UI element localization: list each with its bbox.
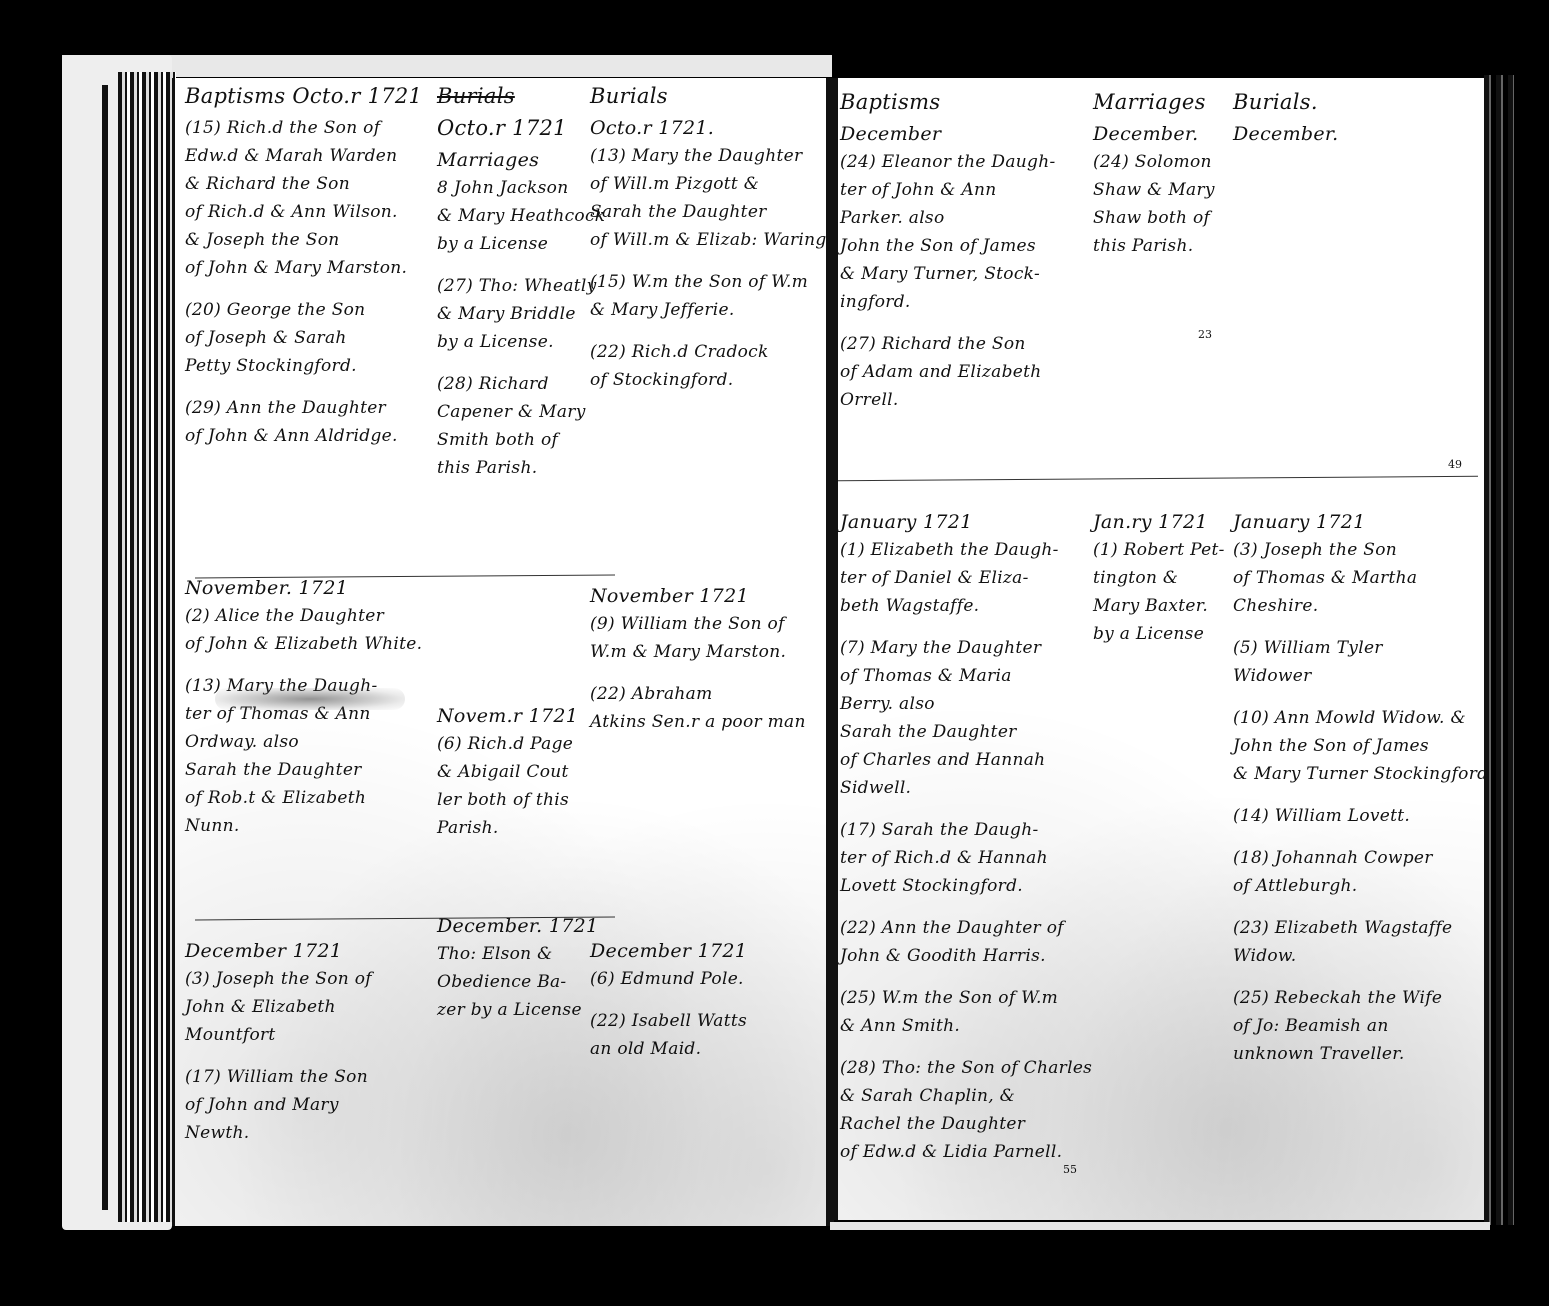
entry-line: Shaw & Mary bbox=[1093, 176, 1243, 204]
entry-line: of John & Ann Aldridge. bbox=[185, 422, 435, 450]
month-heading: December bbox=[840, 120, 1100, 148]
entry-line: (28) Tho: the Son of Charles bbox=[840, 1054, 1092, 1082]
column-heading: Marriages bbox=[1093, 88, 1243, 116]
register-entry: (7) Mary the Daughterof Thomas & MariaBe… bbox=[840, 634, 1092, 802]
left-page: Baptisms Octo.r 1721(15) Rich.d the Son … bbox=[172, 78, 831, 1226]
entry-line: (27) Tho: Wheatly bbox=[437, 272, 607, 300]
book-bottom-edge bbox=[830, 1222, 1490, 1230]
register-entry: Tho: Elson &Obedience Ba-zer by a Licens… bbox=[437, 940, 598, 1024]
entry-line: Sarah the Daughter bbox=[185, 756, 422, 784]
entry-line: ingford. bbox=[840, 288, 1100, 316]
register-section: December 1721(3) Joseph the Son ofJohn &… bbox=[185, 937, 372, 1161]
right-baptisms-column: BaptismsDecember(24) Eleanor the Daugh-t… bbox=[840, 88, 1100, 428]
column-subheading: Octo.r 1721. bbox=[590, 114, 830, 142]
entry-line: (28) Richard bbox=[437, 370, 607, 398]
entry-line: & Abigail Cout bbox=[437, 758, 578, 786]
entry-line: Cheshire. bbox=[1233, 592, 1488, 620]
register-section: November. 1721(2) Alice the Daughterof J… bbox=[185, 574, 422, 854]
entry-line: Widower bbox=[1233, 662, 1488, 690]
entry-line: this Parish. bbox=[1093, 232, 1243, 260]
entry-line: ter of Daniel & Eliza- bbox=[840, 564, 1092, 592]
entry-line: Smith both of bbox=[437, 426, 607, 454]
entry-line: & Mary Turner, Stock- bbox=[840, 260, 1100, 288]
entry-line: (9) William the Son of bbox=[590, 610, 806, 638]
entry-line: (5) William Tyler bbox=[1233, 634, 1488, 662]
left-burials-column: BurialsOcto.r 1721.(13) Mary the Daughte… bbox=[590, 82, 830, 408]
entry-line: (24) Solomon bbox=[1093, 148, 1243, 176]
right-burials-column: Burials.December.January 1721(3) Joseph … bbox=[1233, 88, 1488, 148]
entry-line: Rachel the Daughter bbox=[840, 1110, 1092, 1138]
register-entry: (28) Tho: the Son of Charles& Sarah Chap… bbox=[840, 1054, 1092, 1166]
entry-line: (22) Abraham bbox=[590, 680, 806, 708]
entry-line: (25) Rebeckah the Wife bbox=[1233, 984, 1488, 1012]
entry-line: (17) William the Son bbox=[185, 1063, 372, 1091]
entry-line: of Attleburgh. bbox=[1233, 872, 1488, 900]
right-page: BaptismsDecember(24) Eleanor the Daugh-t… bbox=[832, 78, 1491, 1220]
entry-line: unknown Traveller. bbox=[1233, 1040, 1488, 1068]
entry-line: of Charles and Hannah bbox=[840, 746, 1092, 774]
entry-line: (6) Rich.d Page bbox=[437, 730, 578, 758]
entry-line: (2) Alice the Daughter bbox=[185, 602, 422, 630]
entry-line: Widow. bbox=[1233, 942, 1488, 970]
entry-line: Parish. bbox=[437, 814, 578, 842]
entry-line: ter of John & Ann bbox=[840, 176, 1100, 204]
entry-line: John & Goodith Harris. bbox=[840, 942, 1092, 970]
entry-line: (23) Elizabeth Wagstaffe bbox=[1233, 914, 1488, 942]
register-entry: (13) Mary the Daughterof Will.m Pizgott … bbox=[590, 142, 830, 254]
register-section: December. bbox=[1233, 120, 1488, 148]
entry-line: of Will.m Pizgott & bbox=[590, 170, 830, 198]
entry-line: of Stockingford. bbox=[590, 366, 830, 394]
register-entry: (20) George the Sonof Joseph & SarahPett… bbox=[185, 296, 435, 380]
entry-line: of John & Elizabeth White. bbox=[185, 630, 422, 658]
entry-line: (25) W.m the Son of W.m bbox=[840, 984, 1092, 1012]
register-section: Novem.r 1721(6) Rich.d Page& Abigail Cou… bbox=[437, 702, 578, 856]
register-entry: (22) Rich.d Cradockof Stockingford. bbox=[590, 338, 830, 394]
page-number: 23 bbox=[1198, 328, 1212, 341]
page-edges-left bbox=[118, 72, 176, 1222]
month-heading: December. bbox=[1093, 120, 1243, 148]
entry-line: of Joseph & Sarah bbox=[185, 324, 435, 352]
entry-line: of Edw.d & Lidia Parnell. bbox=[840, 1138, 1092, 1166]
register-section: Jan.ry 1721(1) Robert Pet-tington &Mary … bbox=[1093, 508, 1225, 662]
entry-line: Shaw both of bbox=[1093, 204, 1243, 232]
entry-line: by a License bbox=[437, 230, 607, 258]
register-entry: (15) Rich.d the Son ofEdw.d & Marah Ward… bbox=[185, 114, 435, 282]
register-section: November 1721(9) William the Son ofW.m &… bbox=[590, 582, 806, 750]
register-section: January 1721(1) Elizabeth the Daugh-ter … bbox=[840, 508, 1092, 1180]
register-entry: (27) Tho: Wheatly& Mary Briddleby a Lice… bbox=[437, 272, 607, 356]
entry-line: (17) Sarah the Daugh- bbox=[840, 816, 1092, 844]
register-section: December. 1721Tho: Elson &Obedience Ba-z… bbox=[437, 912, 598, 1038]
entry-line: Sarah the Daughter bbox=[840, 718, 1092, 746]
entry-line: Orrell. bbox=[840, 386, 1100, 414]
register-entry: (22) AbrahamAtkins Sen.r a poor man bbox=[590, 680, 806, 736]
entry-line: (22) Ann the Daughter of bbox=[840, 914, 1092, 942]
register-section: (13) Mary the Daughterof Will.m Pizgott … bbox=[590, 142, 830, 394]
entry-line: W.m & Mary Marston. bbox=[590, 638, 806, 666]
entry-line: (22) Isabell Watts bbox=[590, 1007, 747, 1035]
column-heading: Burials bbox=[590, 82, 830, 110]
entry-line: of Adam and Elizabeth bbox=[840, 358, 1100, 386]
month-heading: January 1721 bbox=[1233, 508, 1488, 536]
entry-line: ter of Rich.d & Hannah bbox=[840, 844, 1092, 872]
entry-line: (15) W.m the Son of W.m bbox=[590, 268, 830, 296]
entry-line: (14) William Lovett. bbox=[1233, 802, 1488, 830]
register-entry: (3) Joseph the Sonof Thomas & MarthaChes… bbox=[1233, 536, 1488, 620]
entry-line: of John and Mary bbox=[185, 1091, 372, 1119]
struck-heading: Burials bbox=[437, 82, 607, 110]
register-entry: (24) Eleanor the Daugh-ter of John & Ann… bbox=[840, 148, 1100, 316]
entry-line: Capener & Mary bbox=[437, 398, 607, 426]
entry-line: John the Son of James bbox=[840, 232, 1100, 260]
entry-line: Mary Baxter. bbox=[1093, 592, 1225, 620]
entry-line: an old Maid. bbox=[590, 1035, 747, 1063]
entry-line: & Sarah Chaplin, & bbox=[840, 1082, 1092, 1110]
entry-line: Lovett Stockingford. bbox=[840, 872, 1092, 900]
register-entry: (6) Edmund Pole. bbox=[590, 965, 747, 993]
entry-line: Newth. bbox=[185, 1119, 372, 1147]
month-heading: November 1721 bbox=[590, 582, 806, 610]
entry-line: Atkins Sen.r a poor man bbox=[590, 708, 806, 736]
register-entry: (22) Ann the Daughter ofJohn & Goodith H… bbox=[840, 914, 1092, 970]
entry-line: John & Elizabeth bbox=[185, 993, 372, 1021]
entry-line: Petty Stockingford. bbox=[185, 352, 435, 380]
entry-line: by a License bbox=[1093, 620, 1225, 648]
entry-line: of Rich.d & Ann Wilson. bbox=[185, 198, 435, 226]
entry-line: Sarah the Daughter bbox=[590, 198, 830, 226]
register-entry: (9) William the Son ofW.m & Mary Marston… bbox=[590, 610, 806, 666]
entry-line: (27) Richard the Son bbox=[840, 330, 1100, 358]
column-heading: Baptisms bbox=[840, 88, 1100, 116]
register-entry: (28) RichardCapener & MarySmith both oft… bbox=[437, 370, 607, 482]
register-entry: (23) Elizabeth WagstaffeWidow. bbox=[1233, 914, 1488, 970]
entry-line: of Will.m & Elizab: Waring bbox=[590, 226, 830, 254]
register-entry: (18) Johannah Cowperof Attleburgh. bbox=[1233, 844, 1488, 900]
entry-line: (13) Mary the Daughter bbox=[590, 142, 830, 170]
entry-line: of John & Mary Marston. bbox=[185, 254, 435, 282]
left-baptisms-column: Baptisms Octo.r 1721(15) Rich.d the Son … bbox=[185, 82, 435, 464]
entry-line: Berry. also bbox=[840, 690, 1092, 718]
entry-line: (3) Joseph the Son bbox=[1233, 536, 1488, 564]
entry-line: tington & bbox=[1093, 564, 1225, 592]
entry-line: John the Son of James bbox=[1233, 732, 1488, 760]
register-entry: (24) SolomonShaw & MaryShaw both ofthis … bbox=[1093, 148, 1243, 260]
register-entry: (14) William Lovett. bbox=[1233, 802, 1488, 830]
column-subheading: Marriages bbox=[437, 146, 607, 174]
page-number: 55 bbox=[1063, 1163, 1077, 1176]
entry-line: (18) Johannah Cowper bbox=[1233, 844, 1488, 872]
register-entry: (27) Richard the Sonof Adam and Elizabet… bbox=[840, 330, 1100, 414]
entry-line: & Ann Smith. bbox=[840, 1012, 1092, 1040]
entry-line: this Parish. bbox=[437, 454, 607, 482]
register-entry: (22) Isabell Wattsan old Maid. bbox=[590, 1007, 747, 1063]
entry-line: Ordway. also bbox=[185, 728, 422, 756]
register-entry: (25) W.m the Son of W.m& Ann Smith. bbox=[840, 984, 1092, 1040]
entry-line: (7) Mary the Daughter bbox=[840, 634, 1092, 662]
entry-line: & Mary Heathcock bbox=[437, 202, 607, 230]
register-section: 8 John Jackson& Mary Heathcockby a Licen… bbox=[437, 174, 607, 482]
month-heading: Jan.ry 1721 bbox=[1093, 508, 1225, 536]
entry-line: of Thomas & Martha bbox=[1233, 564, 1488, 592]
entry-line: Nunn. bbox=[185, 812, 422, 840]
register-section: (15) Rich.d the Son ofEdw.d & Marah Ward… bbox=[185, 114, 435, 450]
column-heading: Burials. bbox=[1233, 88, 1488, 116]
register-entry: (15) W.m the Son of W.m& Mary Jefferie. bbox=[590, 268, 830, 324]
column-heading: Octo.r 1721 bbox=[437, 114, 607, 142]
entry-line: (22) Rich.d Cradock bbox=[590, 338, 830, 366]
register-entry: (25) Rebeckah the Wifeof Jo: Beamish anu… bbox=[1233, 984, 1488, 1068]
month-heading: January 1721 bbox=[840, 508, 1092, 536]
entry-line: (24) Eleanor the Daugh- bbox=[840, 148, 1100, 176]
entry-line: by a License. bbox=[437, 328, 607, 356]
entry-line: (10) Ann Mowld Widow. & bbox=[1233, 704, 1488, 732]
entry-line: Mountfort bbox=[185, 1021, 372, 1049]
entry-line: of Jo: Beamish an bbox=[1233, 1012, 1488, 1040]
page-edges-right bbox=[1484, 75, 1514, 1225]
entry-line: & Joseph the Son bbox=[185, 226, 435, 254]
register-entry: (17) Sarah the Daugh-ter of Rich.d & Han… bbox=[840, 816, 1092, 900]
entry-line: (3) Joseph the Son of bbox=[185, 965, 372, 993]
month-heading: Novem.r 1721 bbox=[437, 702, 578, 730]
entry-line: (1) Robert Pet- bbox=[1093, 536, 1225, 564]
register-section: December.(24) SolomonShaw & MaryShaw bot… bbox=[1093, 120, 1243, 260]
entry-line: & Richard the Son bbox=[185, 170, 435, 198]
entry-line: & Mary Turner Stockingford bbox=[1233, 760, 1488, 788]
entry-line: Edw.d & Marah Warden bbox=[185, 142, 435, 170]
entry-line: Obedience Ba- bbox=[437, 968, 598, 996]
register-entry: (3) Joseph the Son ofJohn & ElizabethMou… bbox=[185, 965, 372, 1049]
register-entry: (2) Alice the Daughterof John & Elizabet… bbox=[185, 602, 422, 658]
month-heading: December. bbox=[1233, 120, 1488, 148]
month-heading: December 1721 bbox=[590, 937, 747, 965]
entry-line: (1) Elizabeth the Daugh- bbox=[840, 536, 1092, 564]
entry-line: (15) Rich.d the Son of bbox=[185, 114, 435, 142]
register-entry: (10) Ann Mowld Widow. &John the Son of J… bbox=[1233, 704, 1488, 788]
left-marriages-column: BurialsOcto.r 1721Marriages8 John Jackso… bbox=[437, 82, 607, 496]
register-section: January 1721(3) Joseph the Sonof Thomas … bbox=[1233, 508, 1488, 1082]
month-heading: December 1721 bbox=[185, 937, 372, 965]
entry-line: 8 John Jackson bbox=[437, 174, 607, 202]
ink-smudge bbox=[215, 688, 405, 710]
register-entry: (17) William the Sonof John and MaryNewt… bbox=[185, 1063, 372, 1147]
entry-line: beth Wagstaffe. bbox=[840, 592, 1092, 620]
entry-line: (6) Edmund Pole. bbox=[590, 965, 747, 993]
entry-line: ler both of this bbox=[437, 786, 578, 814]
column-heading: Baptisms Octo.r 1721 bbox=[185, 82, 435, 110]
register-entry: (1) Elizabeth the Daugh-ter of Daniel & … bbox=[840, 536, 1092, 620]
register-section: December(24) Eleanor the Daugh-ter of Jo… bbox=[840, 120, 1100, 414]
entry-line: zer by a License bbox=[437, 996, 598, 1024]
entry-line: (29) Ann the Daughter bbox=[185, 394, 435, 422]
section-divider bbox=[838, 476, 1478, 481]
register-entry: (29) Ann the Daughterof John & Ann Aldri… bbox=[185, 394, 435, 450]
entry-line: of Thomas & Maria bbox=[840, 662, 1092, 690]
entry-line: Tho: Elson & bbox=[437, 940, 598, 968]
page-number: 49 bbox=[1448, 458, 1462, 471]
register-entry: (6) Rich.d Page& Abigail Coutler both of… bbox=[437, 730, 578, 842]
register-entry: 8 John Jackson& Mary Heathcockby a Licen… bbox=[437, 174, 607, 258]
entry-line: of Rob.t & Elizabeth bbox=[185, 784, 422, 812]
entry-line: Parker. also bbox=[840, 204, 1100, 232]
entry-line: & Mary Jefferie. bbox=[590, 296, 830, 324]
book-cover-top bbox=[62, 55, 832, 77]
right-marriages-column: MarriagesDecember.(24) SolomonShaw & Mar… bbox=[1093, 88, 1243, 274]
register-section: December 1721(6) Edmund Pole.(22) Isabel… bbox=[590, 937, 747, 1077]
entry-line: (20) George the Son bbox=[185, 296, 435, 324]
register-entry: (5) William TylerWidower bbox=[1233, 634, 1488, 690]
register-entry: (1) Robert Pet-tington &Mary Baxter.by a… bbox=[1093, 536, 1225, 648]
entry-line: & Mary Briddle bbox=[437, 300, 607, 328]
entry-line: Sidwell. bbox=[840, 774, 1092, 802]
